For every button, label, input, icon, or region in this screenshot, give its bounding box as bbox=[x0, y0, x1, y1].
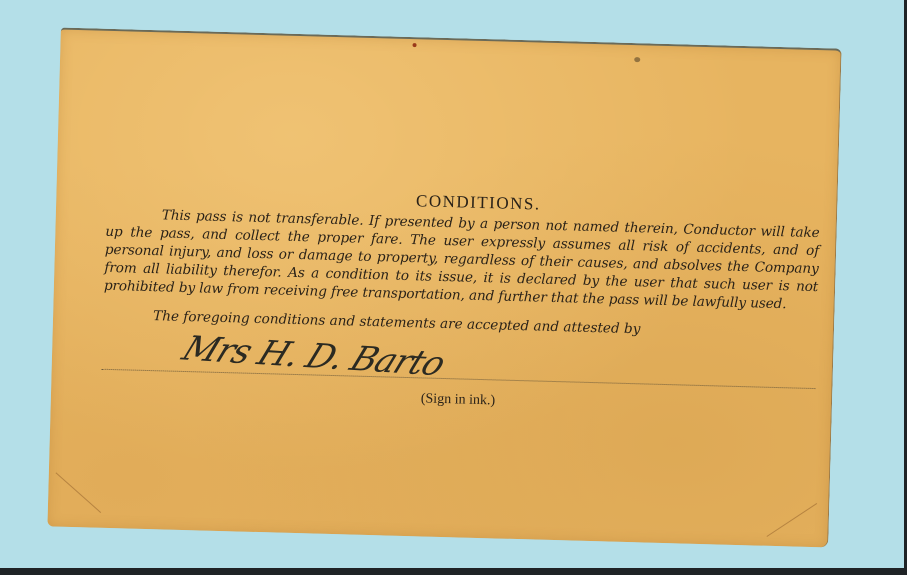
corner-crease-bottom-left bbox=[56, 472, 102, 513]
conditions-text: This pass is not transferable. If presen… bbox=[104, 207, 820, 312]
conditions-section: CONDITIONS. This pass is not transferabl… bbox=[101, 183, 821, 418]
corner-crease-bottom-right bbox=[767, 503, 818, 537]
dark-speck bbox=[634, 57, 640, 62]
red-speck bbox=[412, 43, 416, 47]
handwritten-signature: Mrs H. D. Barto bbox=[177, 329, 451, 384]
scan-edge-bottom bbox=[0, 568, 907, 575]
pass-card: CONDITIONS. This pass is not transferabl… bbox=[47, 28, 841, 548]
conditions-body: This pass is not transferable. If presen… bbox=[104, 205, 820, 314]
